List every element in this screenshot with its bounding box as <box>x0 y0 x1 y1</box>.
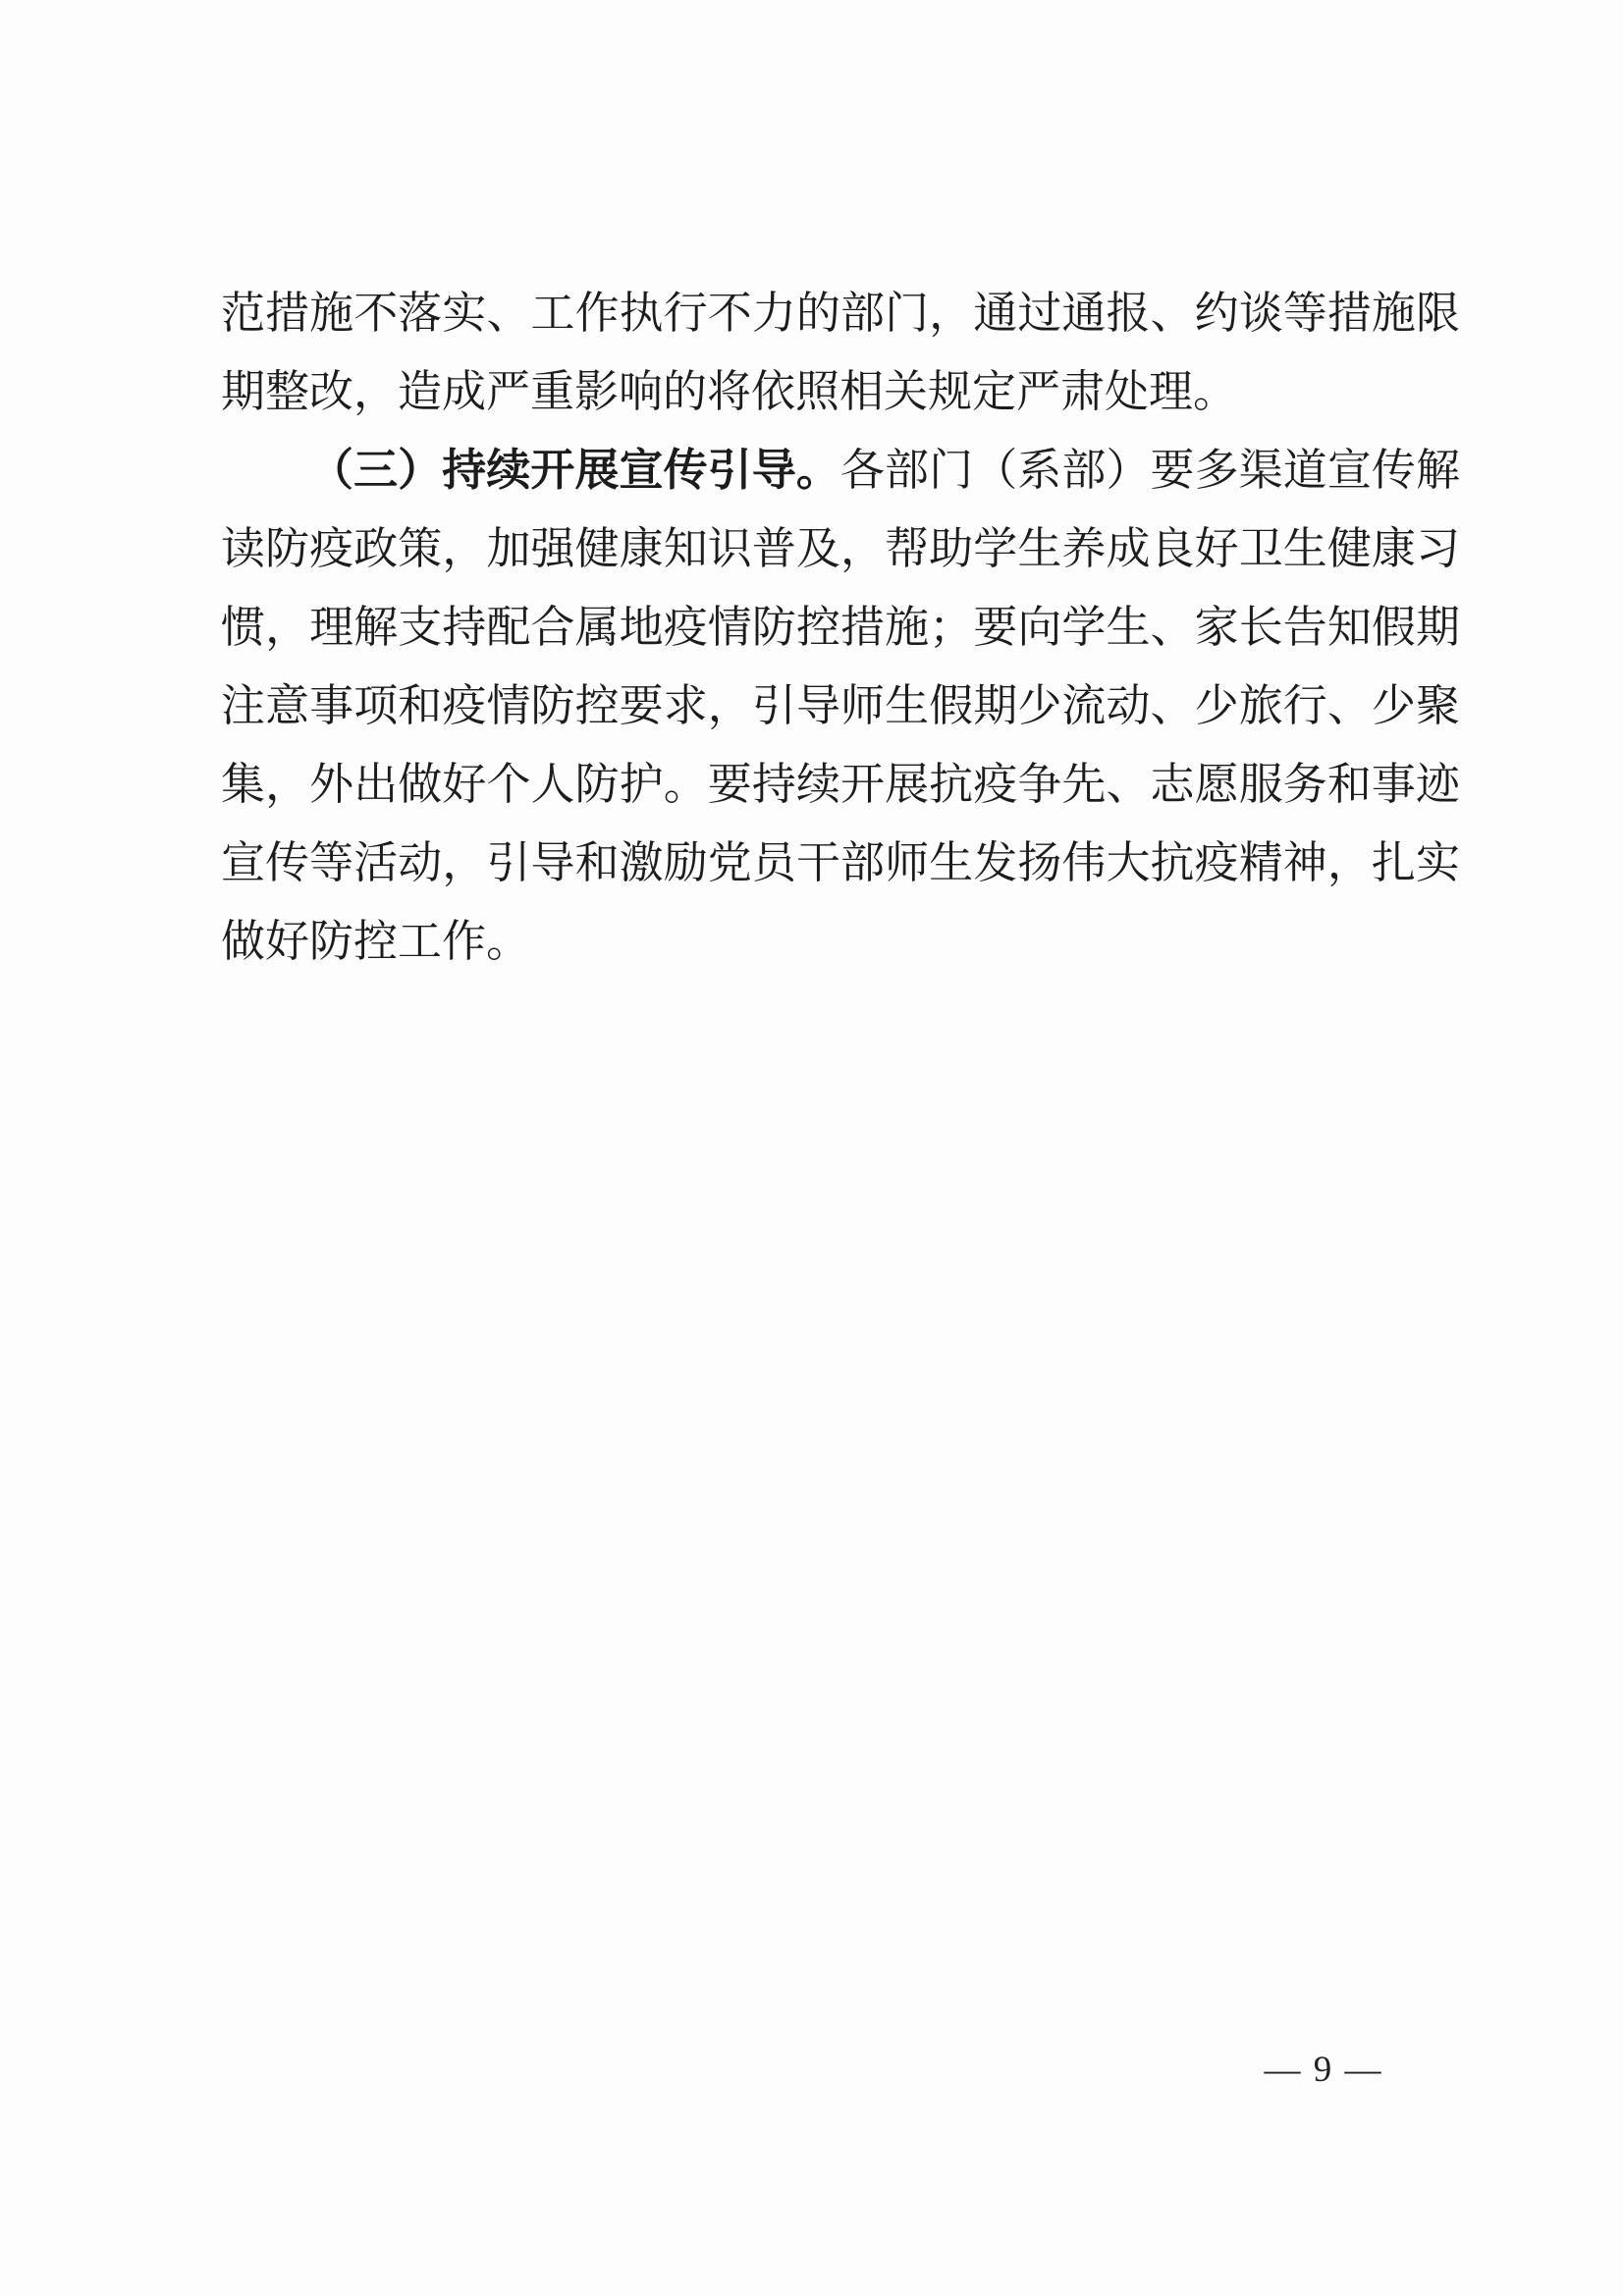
document-page: 范措施不落实、工作执行不力的部门，通过通报、约谈等措施限 期整改，造成严重影响的… <box>0 0 1623 2296</box>
text-line-content: 范措施不落实、工作执行不力的部门，通过通报、约谈等措施限 <box>221 289 1460 338</box>
text-line: （三）持续开展宣传引导。各部门（系部）要多渠道宣传解 <box>221 431 1460 509</box>
page-number: — 9 — <box>1230 2048 1417 2092</box>
text-line-content: 惯，理解支持配合属地疫情防控措施；要向学生、家长告知假期 <box>221 603 1460 652</box>
text-line-content: 集，外出做好个人防护。要持续开展抗疫争先、志愿服务和事迹 <box>221 760 1460 809</box>
text-line-content: 期整改，造成严重影响的将依照相关规定严肃处理。 <box>221 367 1237 416</box>
text-line: 集，外出做好个人防护。要持续开展抗疫争先、志愿服务和事迹 <box>221 745 1460 824</box>
section-heading: （三）持续开展宣传引导。 <box>309 446 840 495</box>
text-line: 惯，理解支持配合属地疫情防控措施；要向学生、家长告知假期 <box>221 588 1460 667</box>
text-line: 做好防控工作。 <box>221 902 1460 981</box>
text-line: 读防疫政策，加强健康知识普及，帮助学生养成良好卫生健康习 <box>221 509 1460 588</box>
text-line-content: 各部门（系部）要多渠道宣传解 <box>840 446 1460 495</box>
text-line: 期整改，造成严重影响的将依照相关规定严肃处理。 <box>221 352 1460 431</box>
text-line-content: 读防疫政策，加强健康知识普及，帮助学生养成良好卫生健康习 <box>221 524 1460 573</box>
text-line: 范措施不落实、工作执行不力的部门，通过通报、约谈等措施限 <box>221 274 1460 352</box>
text-line-content: 注意事项和疫情防控要求，引导师生假期少流动、少旅行、少聚 <box>221 681 1460 730</box>
document-body: 范措施不落实、工作执行不力的部门，通过通报、约谈等措施限 期整改，造成严重影响的… <box>221 274 1460 981</box>
text-line: 注意事项和疫情防控要求，引导师生假期少流动、少旅行、少聚 <box>221 667 1460 745</box>
text-line-content: 做好防控工作。 <box>221 917 530 966</box>
text-line-content: 宣传等活动，引导和激励党员干部师生发扬伟大抗疫精神，扎实 <box>221 838 1460 887</box>
text-line: 宣传等活动，引导和激励党员干部师生发扬伟大抗疫精神，扎实 <box>221 824 1460 902</box>
